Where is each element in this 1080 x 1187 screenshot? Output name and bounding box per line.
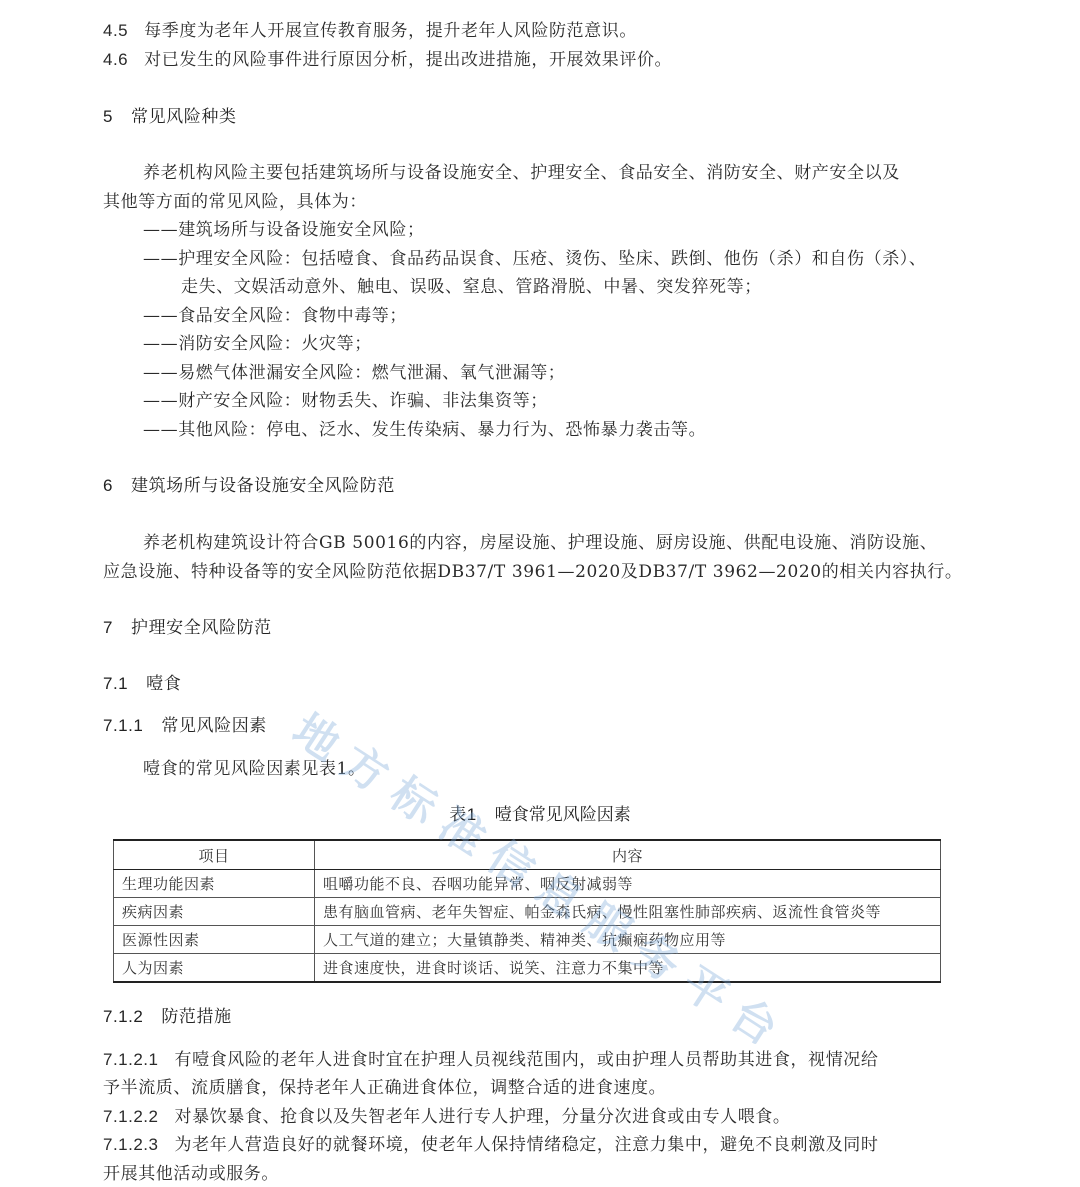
- clause-number: 7.1.2.3: [103, 1134, 159, 1156]
- section-number: 6: [103, 475, 113, 497]
- table-row: 人为因素 进食速度快，进食时谈话、说笑、注意力不集中等: [114, 954, 941, 983]
- section-7-1-heading: 7.1噎食: [103, 673, 181, 695]
- section-number: 7.1.2: [103, 1006, 143, 1028]
- table-header-row: 项目 内容: [114, 840, 941, 870]
- table-cell-item: 医源性因素: [114, 926, 315, 954]
- section-title: 防范措施: [161, 1007, 231, 1027]
- table-title: 噎食常见风险因素: [495, 805, 631, 825]
- table-row: 生理功能因素 咀嚼功能不良、吞咽功能异常、咽反射减弱等: [114, 870, 941, 898]
- clause-text: 对暴饮暴食、抢食以及失智老年人进行专人护理，分量分次进食或由专人喂食。: [175, 1107, 791, 1127]
- risk-list-item-continuation: 走失、文娱活动意外、触电、误吸、窒息、管路滑脱、中暑、突发猝死等；: [181, 276, 762, 298]
- table-cell-item: 人为因素: [114, 954, 315, 983]
- clause-number: 4.5: [103, 20, 128, 42]
- section-7-1-1-heading: 7.1.1常见风险因素: [103, 715, 267, 737]
- column-header-content: 内容: [315, 840, 941, 870]
- section-title: 建筑场所与设备设施安全风险防范: [131, 476, 395, 496]
- section-7-heading: 7护理安全风险防范: [103, 617, 272, 639]
- table-number: 表1: [449, 800, 476, 825]
- risk-list-item: ——易燃气体泄漏安全风险：燃气泄漏、氧气泄漏等；: [143, 362, 565, 384]
- table-cell-content: 患有脑血管病、老年失智症、帕金森氏病、慢性阻塞性肺部疾病、返流性食管炎等: [315, 898, 941, 926]
- risk-factor-table: 项目 内容 生理功能因素 咀嚼功能不良、吞咽功能异常、咽反射减弱等 疾病因素 患…: [113, 839, 941, 983]
- risk-list-item: ——建筑场所与设备设施安全风险；: [143, 219, 425, 241]
- section-5-heading: 5常见风险种类: [103, 106, 237, 128]
- clause-7-1-2-3-continuation: 开展其他活动或服务。: [103, 1163, 279, 1185]
- table-cell-item: 疾病因素: [114, 898, 315, 926]
- clause-number: 4.6: [103, 49, 128, 71]
- clause-text: 为老年人营造良好的就餐环境，使老年人保持情绪稳定，注意力集中，避免不良刺激及同时: [175, 1135, 879, 1155]
- section-6-line2: 应急设施、特种设备等的安全风险防范依据DB37/T 3961—2020及DB37…: [103, 561, 963, 583]
- table-row: 医源性因素 人工气道的建立；大量镇静类、精神类、抗癫痫药物应用等: [114, 926, 941, 954]
- section-title: 常见风险种类: [131, 107, 237, 127]
- clause-4-6: 4.6对已发生的风险事件进行原因分析，提出改进措施，开展效果评价。: [103, 49, 672, 71]
- risk-list-item: ——其他风险：停电、泛水、发生传染病、暴力行为、恐怖暴力袭击等。: [143, 419, 706, 441]
- risk-list-item: ——护理安全风险：包括噎食、食品药品误食、压疮、烫伤、坠床、跌倒、他伤（杀）和自…: [143, 248, 927, 270]
- clause-text: 每季度为老年人开展宣传教育服务，提升老年人风险防范意识。: [144, 21, 637, 41]
- section-6-heading: 6建筑场所与设备设施安全风险防范: [103, 475, 395, 497]
- section-5-intro-line1: 养老机构风险主要包括建筑场所与设备设施安全、护理安全、食品安全、消防安全、财产安…: [143, 162, 900, 184]
- risk-list-item: ——消防安全风险：火灾等；: [143, 333, 372, 355]
- table-cell-content: 咀嚼功能不良、吞咽功能异常、咽反射减弱等: [315, 870, 941, 898]
- section-title: 噎食: [146, 674, 181, 694]
- clause-7-1-2-3: 7.1.2.3为老年人营造良好的就餐环境，使老年人保持情绪稳定，注意力集中，避免…: [103, 1134, 879, 1156]
- table-row: 疾病因素 患有脑血管病、老年失智症、帕金森氏病、慢性阻塞性肺部疾病、返流性食管炎…: [114, 898, 941, 926]
- section-number: 7.1.1: [103, 715, 143, 737]
- table-cell-content: 进食速度快，进食时谈话、说笑、注意力不集中等: [315, 954, 941, 983]
- section-5-intro-line2: 其他等方面的常见风险，具体为：: [103, 191, 367, 213]
- section-7-1-2-heading: 7.1.2防范措施: [103, 1006, 232, 1028]
- section-number: 7: [103, 617, 113, 639]
- section-7-1-1-text: 噎食的常见风险因素见表1。: [143, 758, 366, 780]
- table-cell-content: 人工气道的建立；大量镇静类、精神类、抗癫痫药物应用等: [315, 926, 941, 954]
- table-caption: 表1噎食常见风险因素: [0, 800, 1080, 825]
- table-cell-item: 生理功能因素: [114, 870, 315, 898]
- risk-list-item: ——财产安全风险：财物丢失、诈骗、非法集资等；: [143, 390, 548, 412]
- section-title: 常见风险因素: [161, 716, 267, 736]
- section-number: 5: [103, 106, 113, 128]
- clause-7-1-2-1: 7.1.2.1有噎食风险的老年人进食时宜在护理人员视线范围内，或由护理人员帮助其…: [103, 1049, 879, 1071]
- risk-list-item: ——食品安全风险：食物中毒等；: [143, 305, 407, 327]
- section-6-line1: 养老机构建筑设计符合GB 50016的内容，房屋设施、护理设施、厨房设施、供配电…: [143, 532, 937, 554]
- section-title: 护理安全风险防范: [131, 618, 272, 638]
- clause-text: 有噎食风险的老年人进食时宜在护理人员视线范围内，或由护理人员帮助其进食，视情况给: [175, 1050, 879, 1070]
- column-header-item: 项目: [114, 840, 315, 870]
- clause-number: 7.1.2.2: [103, 1106, 159, 1128]
- clause-number: 7.1.2.1: [103, 1049, 159, 1071]
- clause-7-1-2-2: 7.1.2.2对暴饮暴食、抢食以及失智老年人进行专人护理，分量分次进食或由专人喂…: [103, 1106, 791, 1128]
- clause-text: 对已发生的风险事件进行原因分析，提出改进措施，开展效果评价。: [144, 50, 672, 70]
- section-number: 7.1: [103, 673, 128, 695]
- clause-4-5: 4.5每季度为老年人开展宣传教育服务，提升老年人风险防范意识。: [103, 20, 637, 42]
- clause-7-1-2-1-continuation: 予半流质、流质膳食，保持老年人正确进食体位，调整合适的进食速度。: [103, 1077, 666, 1099]
